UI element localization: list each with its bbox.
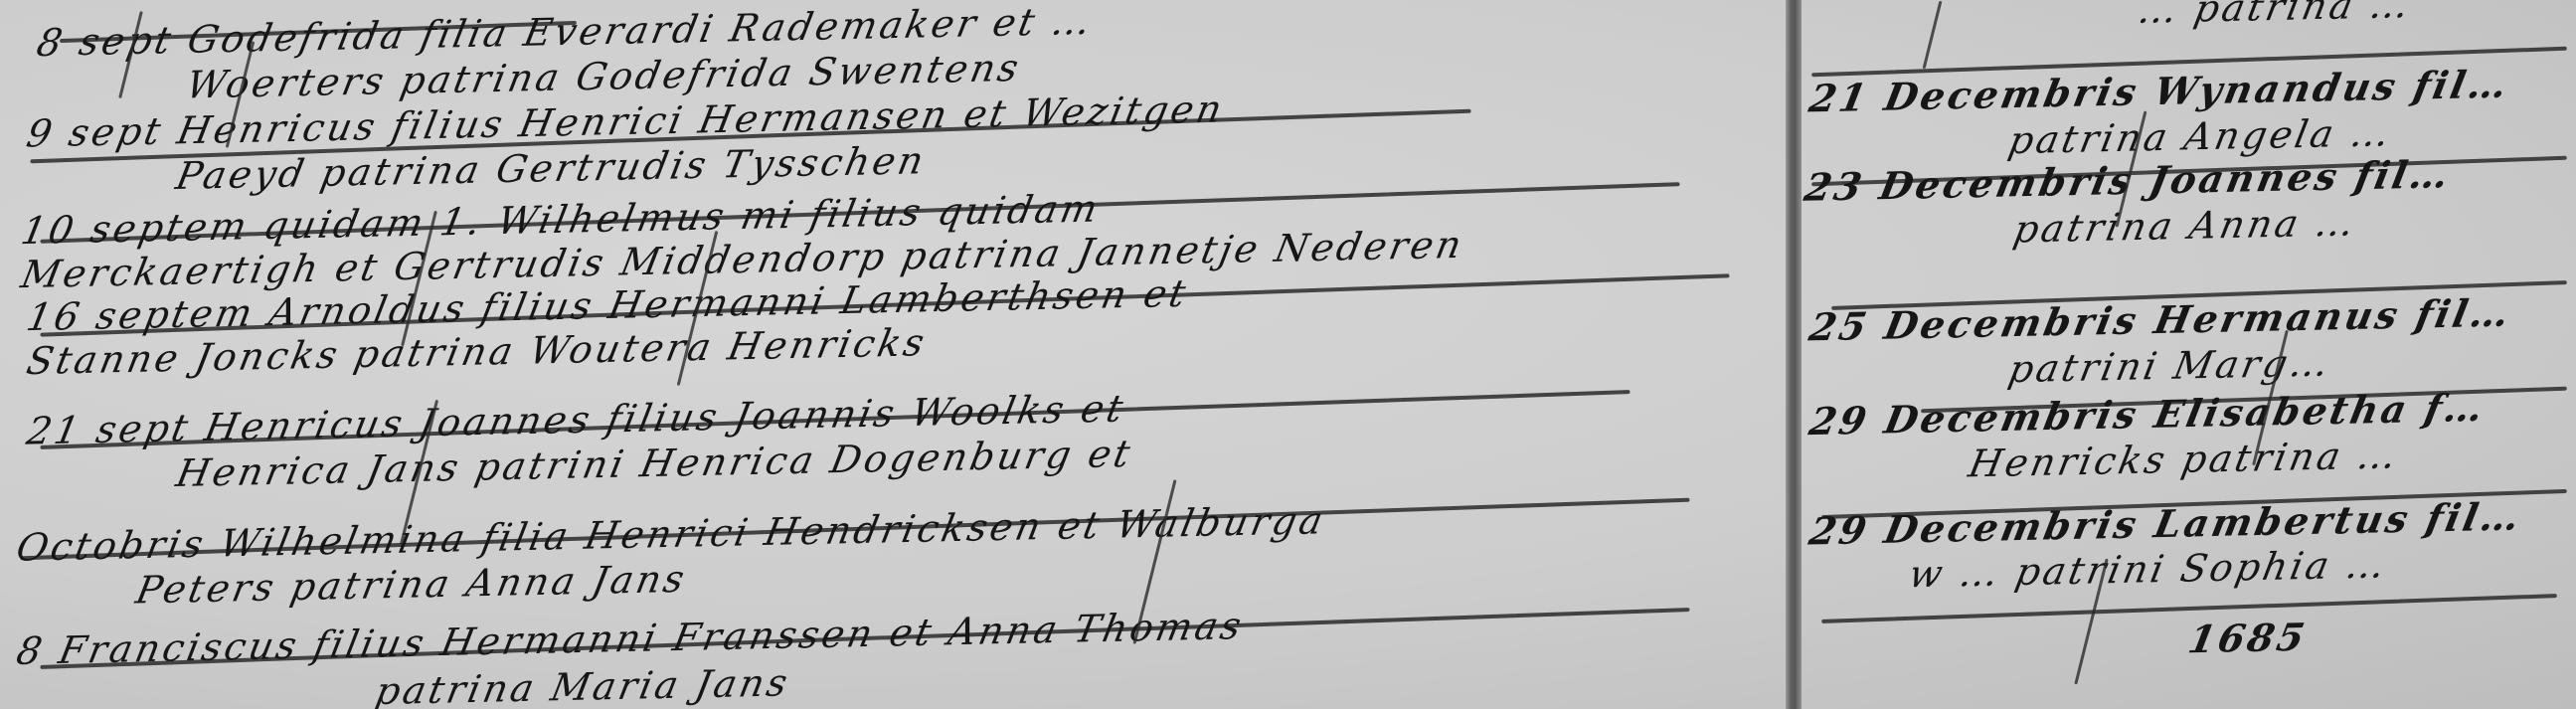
- entry-line: Henricks patrina …: [1966, 432, 2490, 486]
- register-entry: 9 sept Henricus filius Henrici Hermansen…: [30, 99, 1222, 187]
- register-entry: 25 Decembris Hermanus fil… patrini Marg…: [1811, 298, 2509, 386]
- register-entry: 8 sept Godefrida filia Everardi Rademake…: [40, 10, 1091, 97]
- register-entry: 29 Decembris Lambertus fil… w … patrini …: [1811, 502, 2520, 590]
- register-entry: 16 septem Arnoldus filius Hermanni Lambe…: [30, 283, 1185, 371]
- register-entry: 8 Franciscus filius Hermanni Franssen et…: [20, 617, 1241, 704]
- entry-line: patrini Marg…: [2005, 337, 2515, 392]
- register-entry: … patrina …: [2140, 0, 2411, 29]
- register-spread: 8 sept Godefrida filia Everardi Rademake…: [0, 0, 2576, 709]
- year-heading: 1685: [2185, 616, 2312, 661]
- register-entry: 29 Decembris Elisabetha f… Henricks patr…: [1811, 393, 2484, 480]
- register-entry: 10 septem quidam 1. Wilhelmus mi filius …: [25, 194, 1460, 281]
- entry-line: patrina Anna …: [2010, 198, 2455, 251]
- left-page: 8 sept Godefrida filia Everardi Rademake…: [0, 0, 1790, 709]
- right-page: … patrina … 21 Decembris Wynandus fil… p…: [1802, 0, 2576, 709]
- entry-line: … patrina …: [2135, 0, 2415, 32]
- register-entry: 1685: [2189, 617, 2307, 660]
- register-entry: Octobris Wilhelmina filia Henrici Hendri…: [20, 512, 1322, 600]
- ink-flourish: [1923, 1, 1943, 70]
- register-entry: 21 Decembris Wynandus fil… patrina Angel…: [1811, 70, 2507, 157]
- register-entry: 21 sept Henricus Joannes filius Joannis …: [30, 398, 1130, 485]
- binding-gutter: [1786, 0, 1802, 709]
